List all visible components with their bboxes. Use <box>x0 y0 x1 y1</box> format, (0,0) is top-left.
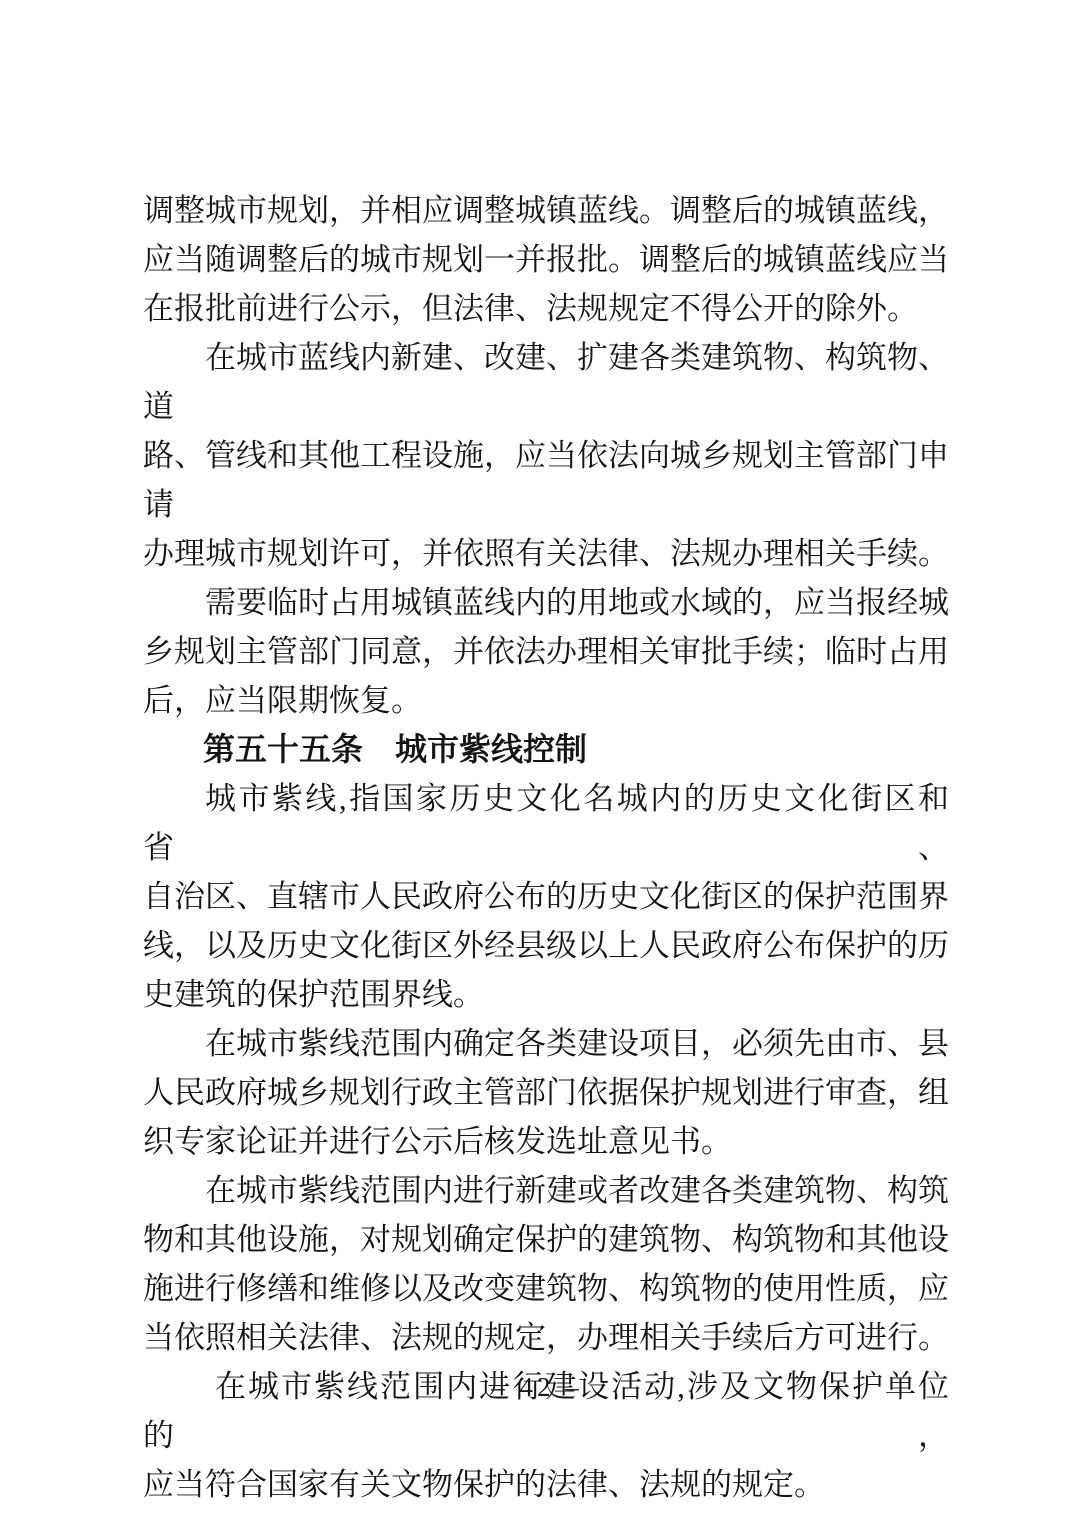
text-line: 物和其他设施，对规划确定保护的建筑物、构筑物和其他设 <box>143 1215 949 1264</box>
paragraph: 需要临时占用城镇蓝线内的用地或水域的，应当报经城 乡规划主管部门同意，并依法办理… <box>143 578 949 725</box>
document-page: 调整城市规划，并相应调整城镇蓝线。调整后的城镇蓝线， 应当随调整后的城市规划一并… <box>0 0 1074 1520</box>
text-line: 史建筑的保护范围界线。 <box>143 970 949 1019</box>
paragraph: 城市紫线,指国家历史文化名城内的历史文化街区和省、 自治区、直辖市人民政府公布的… <box>143 774 949 1019</box>
text-line: 办理城市规划许可，并依照有关法律、法规办理相关手续。 <box>143 529 949 578</box>
document-content: 调整城市规划，并相应调整城镇蓝线。调整后的城镇蓝线， 应当随调整后的城市规划一并… <box>143 186 949 1509</box>
paragraph: 在城市紫线范围内确定各类建设项目，必须先由市、县 人民政府城乡规划行政主管部门依… <box>143 1019 949 1166</box>
text-line: 人民政府城乡规划行政主管部门依据保护规划进行审查，组 <box>143 1068 949 1117</box>
text-line: 线，以及历史文化街区外经县级以上人民政府公布保护的历 <box>143 921 949 970</box>
text-line: 在城市紫线范围内确定各类建设项目，必须先由市、县 <box>143 1019 949 1068</box>
article-heading: 第五十五条 城市紫线控制 <box>143 725 949 774</box>
text-line: 在城市紫线范围内进行新建或者改建各类建筑物、构筑 <box>143 1166 949 1215</box>
text-line: 路、管线和其他工程设施，应当依法向城乡规划主管部门申请 <box>143 431 949 529</box>
text-line: 当依照相关法律、法规的规定，办理相关手续后方可进行。 <box>143 1313 949 1362</box>
text-line: 在城市蓝线内新建、改建、扩建各类建筑物、构筑物、道 <box>143 333 949 431</box>
text-line: 后，应当限期恢复。 <box>143 676 949 725</box>
page-number: – 42 – <box>0 1371 1074 1403</box>
text-line: 应当随调整后的城市规划一并报批。调整后的城镇蓝线应当 <box>143 235 949 284</box>
text-line: 自治区、直辖市人民政府公布的历史文化街区的保护范围界 <box>143 872 949 921</box>
text-line: 需要临时占用城镇蓝线内的用地或水域的，应当报经城 <box>143 578 949 627</box>
text-line: 乡规划主管部门同意，并依法办理相关审批手续；临时占用 <box>143 627 949 676</box>
text-line: 城市紫线,指国家历史文化名城内的历史文化街区和省、 <box>143 774 949 872</box>
text-line: 调整城市规划，并相应调整城镇蓝线。调整后的城镇蓝线， <box>143 186 949 235</box>
paragraph: 调整城市规划，并相应调整城镇蓝线。调整后的城镇蓝线， 应当随调整后的城市规划一并… <box>143 186 949 333</box>
text-line: 织专家论证并进行公示后核发选址意见书。 <box>143 1117 949 1166</box>
paragraph: 在城市蓝线内新建、改建、扩建各类建筑物、构筑物、道 路、管线和其他工程设施，应当… <box>143 333 949 578</box>
paragraph: 在城市紫线范围内进行新建或者改建各类建筑物、构筑 物和其他设施，对规划确定保护的… <box>143 1166 949 1362</box>
text-line: 在报批前进行公示，但法律、法规规定不得公开的除外。 <box>143 284 949 333</box>
text-line: 施进行修缮和维修以及改变建筑物、构筑物的使用性质，应 <box>143 1264 949 1313</box>
text-line: 应当符合国家有关文物保护的法律、法规的规定。 <box>143 1460 949 1509</box>
